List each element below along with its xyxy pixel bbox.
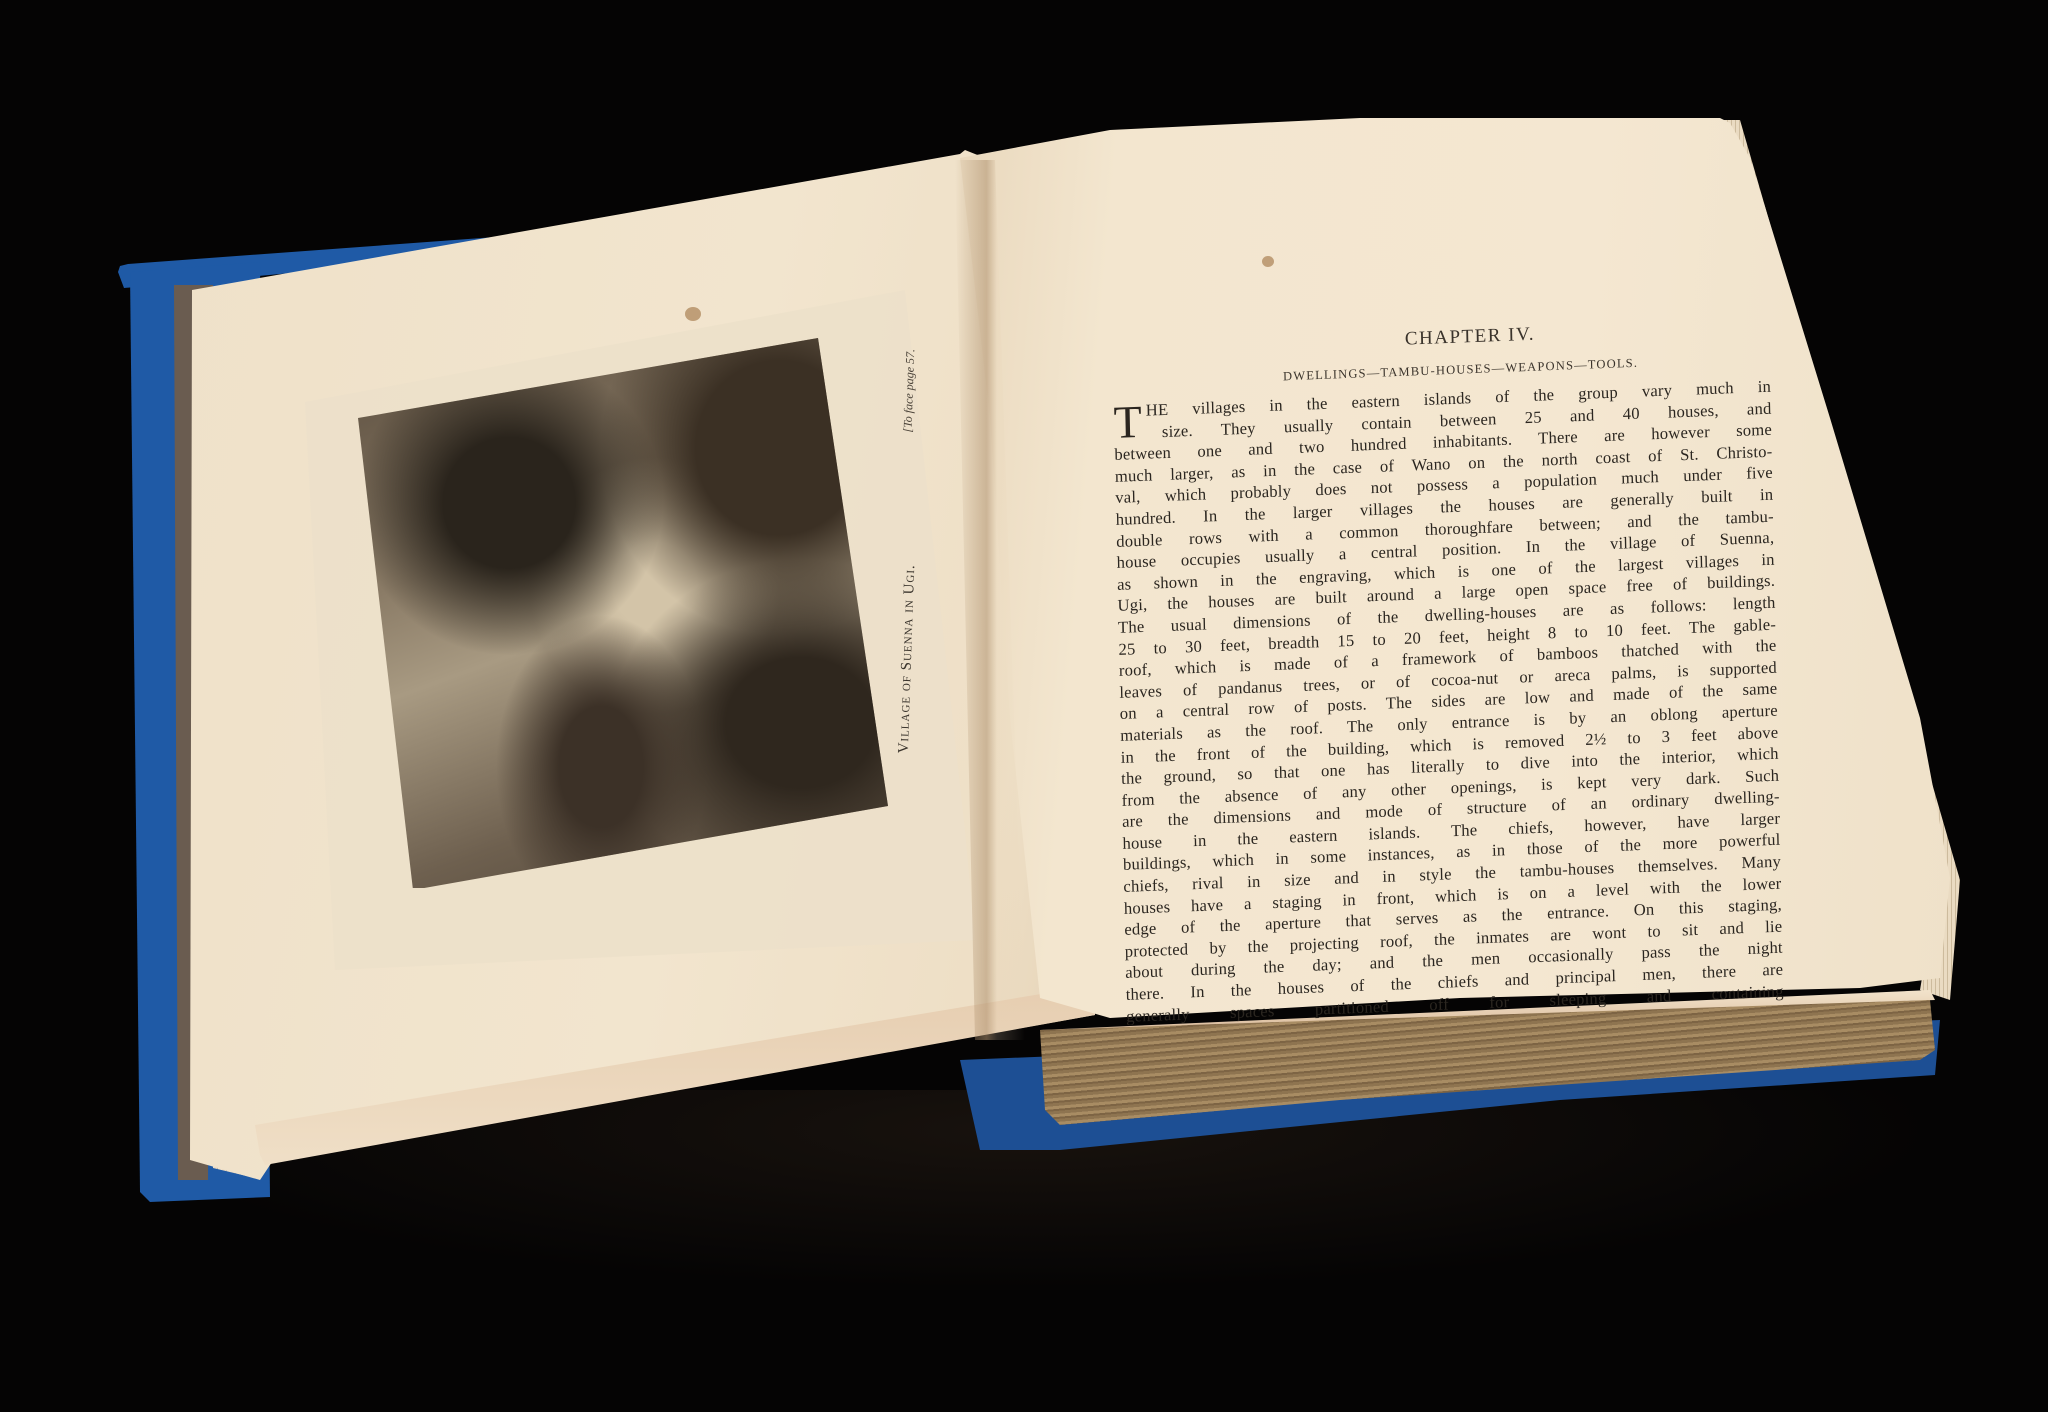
foxing-stain [685, 307, 701, 321]
chapter-text-block: CHAPTER IV. DWELLINGS—TAMBU-HOUSES—WEAPO… [1110, 315, 1781, 900]
chapter-body: T HE villages in the eastern islands of … [1113, 376, 1784, 1027]
drop-cap: T [1113, 403, 1142, 442]
plate-facing-page-note: [To face page 57. [900, 312, 919, 432]
foxing-stain [1262, 256, 1274, 267]
village-photograph-plate [358, 338, 898, 888]
plate-caption-area: Village of Suenna in Ugi. [To face page … [890, 330, 930, 660]
